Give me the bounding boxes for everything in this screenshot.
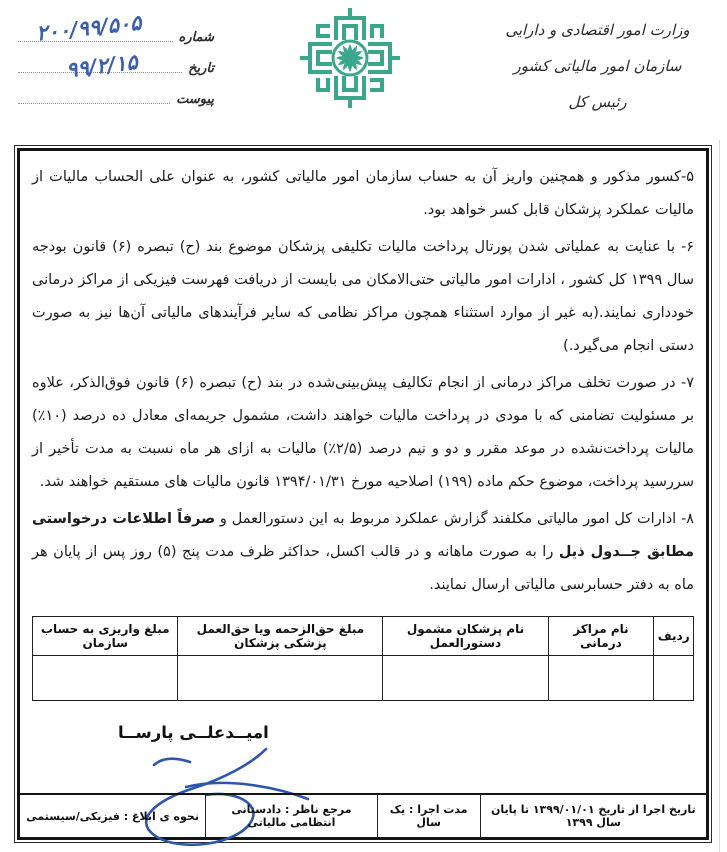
directive-body: ۵-کسور مذکور و همچنین واریز آن به حساب س…: [32, 161, 694, 602]
empty-cell: [178, 656, 383, 701]
attachment-label: پیوست: [176, 92, 218, 107]
empty-cell: [548, 656, 654, 701]
letterhead: وزارت امور اقتصادی و دارایی سازمان امور …: [0, 0, 727, 145]
scan-edge-artifact: [719, 140, 720, 852]
paragraph-8-prefix: ۸- ادارات کل امور مالیاتی مکلفند گزارش ع…: [215, 511, 694, 527]
attachment-dotted-line: [18, 102, 170, 104]
header-physicians-subject: نام پزشکان مشمول دستورالعمل: [383, 617, 548, 656]
tax-administration-emblem-icon: [298, 6, 402, 110]
directive-metadata-strip: تاریخ اجرا از تاریخ ۱۳۹۹/۰۱/۰۱ تا پایان …: [20, 793, 706, 837]
report-table-header-row: ردیف نام مراکز درمانی نام پزشکان مشمول د…: [33, 617, 694, 656]
ministry-title: وزارت امور اقتصادی و دارایی: [490, 12, 705, 48]
director-general-title: رئیس کل: [490, 84, 705, 120]
number-label: شماره: [179, 30, 218, 45]
organization-titles: وزارت امور اقتصادی و دارایی سازمان امور …: [490, 12, 705, 120]
header-row-number: ردیف: [654, 617, 694, 656]
header-medical-center-name: نام مراکز درمانی: [548, 617, 654, 656]
paragraph-7: ۷- در صورت تخلف مراکز درمانی از انجام تک…: [32, 367, 694, 499]
tax-organization-title: سازمان امور مالیاتی کشور: [490, 48, 705, 84]
header-fee-amount: مبلغ حق‌الزحمه ویا حق‌العمل پزشکی پزشکان: [178, 617, 383, 656]
empty-cell: [654, 656, 694, 701]
report-table-empty-row: [33, 656, 694, 701]
supervising-authority-cell: مرجع ناظر : دادستانی انتظامی مالیاتی: [205, 795, 377, 837]
paragraph-6: ۶- با عنایت به عملیاتی شدن پورتال پرداخت…: [32, 231, 694, 363]
reference-block: شماره تاریخ پیوست ۲۰۰/۹۹/۵۰۵ ۹۹/۲/۱۵: [18, 14, 218, 107]
paragraph-5: ۵-کسور مذکور و همچنین واریز آن به حساب س…: [32, 161, 694, 227]
document-frame: ۵-کسور مذکور و همچنین واریز آن به حساب س…: [14, 145, 712, 843]
header-deposit-amount: مبلغ واریزی به حساب سازمان: [33, 617, 178, 656]
execution-date-cell: تاریخ اجرا از تاریخ ۱۳۹۹/۰۱/۰۱ تا پایان …: [480, 795, 706, 837]
execution-duration-cell: مدت اجرا : یک سال: [377, 795, 480, 837]
document-frame-inner: ۵-کسور مذکور و همچنین واریز آن به حساب س…: [17, 148, 709, 840]
paragraph-8: ۸- ادارات کل امور مالیاتی مکلفند گزارش ع…: [32, 503, 694, 602]
date-label: تاریخ: [188, 61, 218, 76]
notification-method-cell: نحوه ی ابلاغ : فیزیکی/سیستمی: [20, 795, 205, 837]
empty-cell: [383, 656, 548, 701]
empty-cell: [33, 656, 178, 701]
monthly-report-table: ردیف نام مراکز درمانی نام پزشکان مشمول د…: [32, 616, 694, 701]
attachment-row: پیوست: [18, 76, 218, 107]
scanned-official-letter: { "colors": { "logo_green": "#3aa78c", "…: [0, 0, 727, 852]
